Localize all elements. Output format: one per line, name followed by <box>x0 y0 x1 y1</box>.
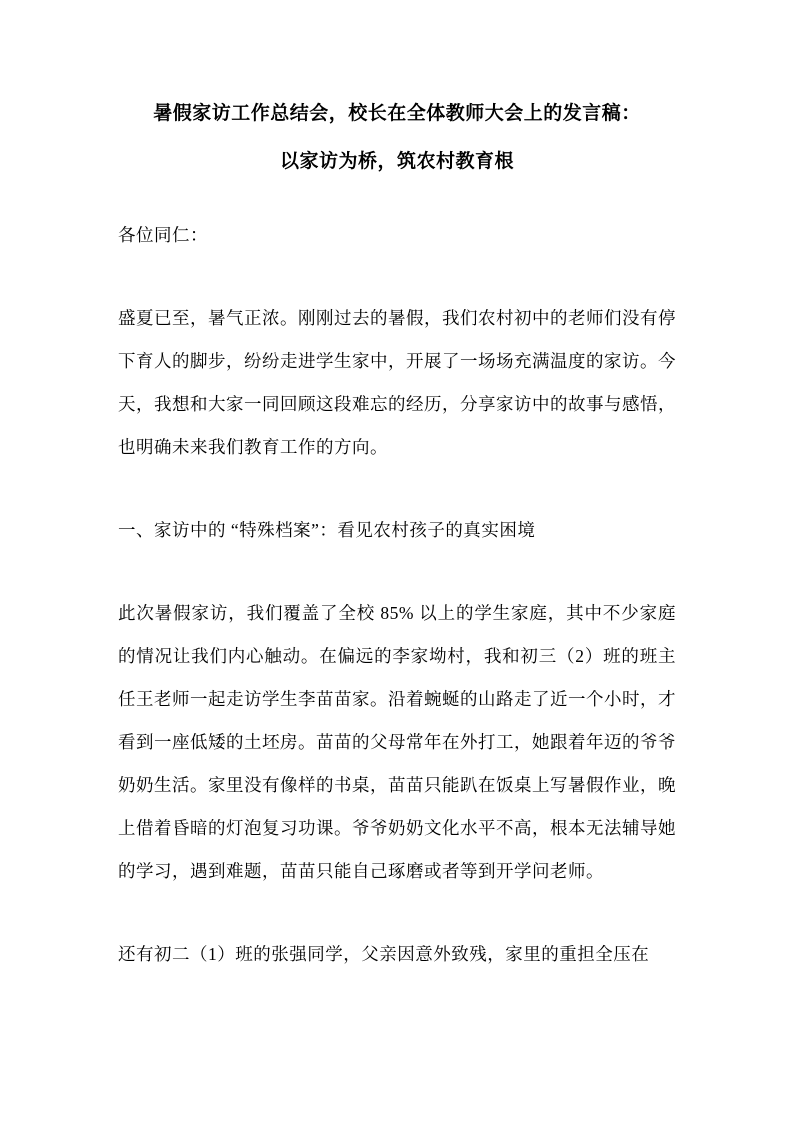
document-page: 暑假家访工作总结会，校长在全体教师大会上的发言稿： 以家访为桥，筑农村教育根 各… <box>0 0 793 1122</box>
section-heading-1: 一、家访中的 “特殊档案”：看见农村孩子的真实困境 <box>118 509 676 552</box>
paragraph-home-visit-story: 此次暑假家访，我们覆盖了全校 85% 以上的学生家庭，其中不少家庭的情况让我们内… <box>118 592 676 893</box>
paragraph-zhangqiang: 还有初二（1）班的张强同学，父亲因意外致残，家里的重担全压在 <box>118 933 676 976</box>
salutation: 各位同仁： <box>118 214 676 257</box>
document-title-line-1: 暑假家访工作总结会，校长在全体教师大会上的发言稿： <box>118 90 676 138</box>
document-title-line-2: 以家访为桥，筑农村教育根 <box>118 138 676 186</box>
paragraph-intro: 盛夏已至，暑气正浓。刚刚过去的暑假，我们农村初中的老师们没有停下育人的脚步，纷纷… <box>118 297 676 469</box>
